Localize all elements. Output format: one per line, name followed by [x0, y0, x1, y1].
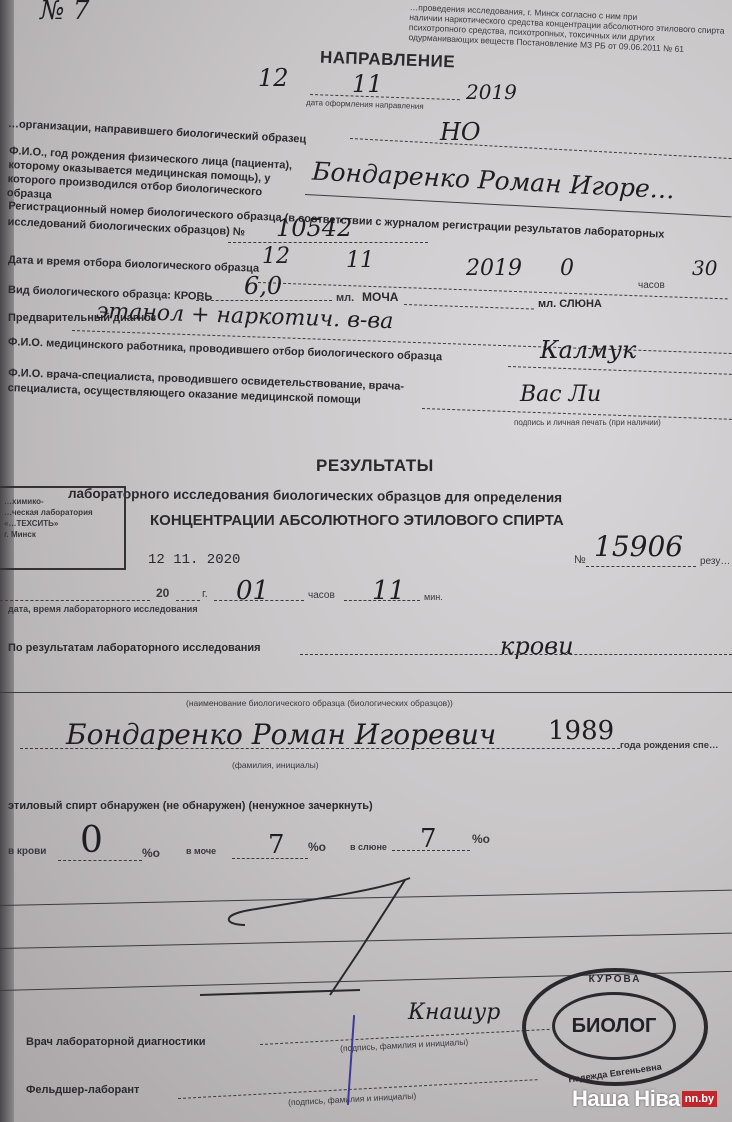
document-page: № 7 …проведения исследования, г. Минск с…	[0, 0, 732, 1122]
sample-line	[300, 654, 732, 655]
blood-volume-line	[196, 300, 332, 301]
blood-volume-value: 6,0	[244, 272, 282, 300]
result-number-prefix: №	[574, 554, 586, 566]
stamped-date: 12 11. 2020	[148, 552, 240, 568]
sample-value: крови	[500, 632, 574, 660]
blue-pen-line	[347, 1015, 355, 1105]
result-minutes-value: 11	[372, 576, 405, 606]
urine-result-line	[232, 858, 308, 859]
result-minutes-label: мин.	[424, 592, 443, 602]
sampler-value: Калмук	[540, 336, 636, 364]
watermark-badge: nn.by	[682, 1091, 717, 1107]
saliva-label: мл. СЛЮНА	[538, 298, 602, 310]
patient-caption: (фамилия, инициалы)	[232, 760, 319, 770]
results-subtitle-2: КОНЦЕНТРАЦИИ АБСОЛЮТНОГО ЭТИЛОВОГО СПИРТ…	[150, 512, 564, 529]
corner-handwriting: № 7	[40, 0, 89, 26]
sampling-day: 12	[262, 244, 290, 269]
biologist-stamp: КУРОВА БИОЛОГ Надежда Евгеньевна	[522, 968, 708, 1086]
blood-result-line	[58, 860, 142, 861]
diagnosis-value: этанол + наркотич. в-ва	[96, 299, 394, 334]
year-line	[176, 600, 200, 601]
lab-assistant-caption: (подпись, фамилия и инициалы)	[288, 1091, 417, 1108]
result-number-value: 15906	[594, 530, 683, 563]
blood-result-label: в крови	[8, 846, 46, 857]
year-suffix: г.	[202, 588, 208, 600]
time-caption: дата, время лабораторного исследования	[8, 604, 198, 614]
lab-box-line: …ческая лаборатория	[0, 507, 124, 518]
urine-result-value: 7	[268, 830, 285, 860]
sample-number-line	[228, 242, 428, 243]
blood-permille: %о	[142, 846, 160, 860]
watermark-text: Наша Ніва	[572, 1086, 680, 1112]
sampling-year: 2019	[466, 256, 522, 281]
stamp-inner-ring: БИОЛОГ	[552, 992, 676, 1060]
sample-number-value: 10542	[276, 214, 352, 242]
minutes-line	[344, 600, 420, 601]
birth-year-label: года рождения спе…	[620, 740, 719, 751]
lab-box-line: «…ТЕХСИТЬ»	[0, 518, 124, 529]
urine-permille: %о	[308, 840, 326, 854]
lab-box: …химико- …ческая лаборатория «…ТЕХСИТЬ» …	[0, 486, 126, 570]
signature-caption: подпись и личная печать (при наличии)	[514, 418, 661, 427]
sending-org-value: НО	[440, 118, 481, 146]
referral-date-year: 2019	[466, 80, 517, 104]
sampling-month: 11	[346, 248, 374, 273]
result-number-line	[586, 566, 696, 567]
sampling-hours: 0	[560, 256, 574, 281]
time-line-left	[0, 600, 150, 601]
blood-result-value: 0	[80, 820, 103, 861]
referral-date-caption: дата оформления направления	[306, 98, 424, 111]
urine-volume-line	[404, 304, 534, 310]
referral-date-day: 12	[258, 64, 289, 92]
sampling-minutes: 30	[692, 256, 717, 280]
sending-org-label: …организации, направившего биологический…	[8, 118, 348, 148]
specialist-label: Ф.И.О. врача-специалиста, проводившего о…	[7, 366, 428, 411]
top-right-note: …проведения исследования, г. Минск согла…	[408, 2, 732, 56]
patient-name-line	[20, 748, 620, 749]
urine-result-label: в моче	[186, 846, 216, 856]
year-prefix: 20	[156, 586, 169, 600]
result-number-suffix: резу…	[700, 556, 730, 567]
saliva-result-line	[392, 850, 470, 851]
stamp-center-text: БИОЛОГ	[572, 1015, 657, 1038]
lab-box-line: …химико-	[0, 488, 124, 507]
doctor-label: Врач лабораторной диагностики	[26, 1036, 205, 1048]
watermark: Наша Ніва nn.by	[572, 1086, 717, 1112]
hours-line	[214, 600, 304, 601]
saliva-permille: %о	[472, 832, 490, 846]
sample-line-2	[0, 692, 732, 693]
stamp-top-text: КУРОВА	[526, 974, 704, 985]
result-hours-value: 01	[236, 576, 269, 606]
detected-label: этиловый спирт обнаружен (не обнаружен) …	[8, 800, 373, 812]
patient-name-value: Бондаренко Роман Игоревич	[66, 718, 496, 751]
result-hours-label: часов	[308, 590, 335, 601]
doctor-signature: Кнашур	[408, 1000, 500, 1025]
sample-caption: (наименование биологического образца (би…	[186, 698, 453, 708]
by-results-label: По результатам лабораторного исследовани…	[8, 642, 261, 654]
strike-through-mark	[160, 870, 420, 1000]
saliva-result-label: в слюне	[350, 842, 387, 852]
sampling-time-label: Дата и время отбора биологического образ…	[8, 254, 260, 275]
specialist-signature: Вас Ли	[520, 382, 601, 407]
sampling-hours-unit: часов	[638, 280, 665, 291]
sending-org-line	[350, 138, 732, 159]
birth-year-value: 1989	[548, 716, 614, 746]
results-subtitle: лабораторного исследования биологических…	[68, 486, 562, 505]
urine-label: МОЧА	[362, 290, 398, 304]
referral-title: НАПРАВЛЕНИЕ	[320, 48, 456, 73]
sampler-line	[508, 366, 732, 375]
lab-assistant-label: Фельдшер-лаборант	[26, 1084, 139, 1096]
lab-box-line: г. Минск	[0, 529, 124, 540]
referral-date-month: 11	[352, 70, 383, 98]
blood-unit: мл.	[336, 292, 354, 304]
results-title: РЕЗУЛЬТАТЫ	[316, 456, 434, 476]
